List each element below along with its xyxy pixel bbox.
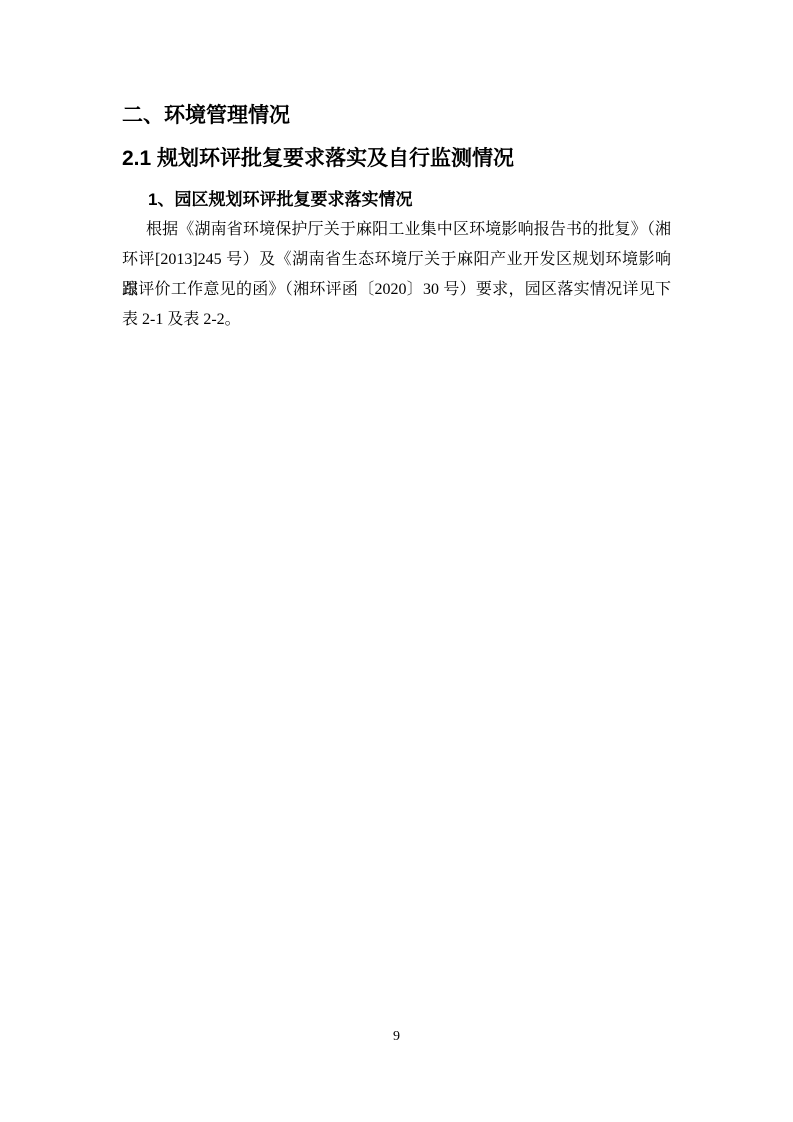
paragraph-line: 根据《湖南省环境保护厅关于麻阳工业集中区环境影响报告书的批复》（湘 xyxy=(122,215,671,245)
section-heading: 二、环境管理情况 xyxy=(122,102,671,129)
subsection-heading: 2.1 规划环评批复要求落实及自行监测情况 xyxy=(122,145,671,172)
body-paragraph: 根据《湖南省环境保护厅关于麻阳工业集中区环境影响报告书的批复》（湘 环评[201… xyxy=(122,215,671,335)
paragraph-line: 踪评价工作意见的函》（湘环评函〔2020〕30 号）要求，园区落实情况详见下 xyxy=(122,275,671,305)
document-page: 二、环境管理情况 2.1 规划环评批复要求落实及自行监测情况 1、园区规划环评批… xyxy=(0,0,793,1122)
page-content: 二、环境管理情况 2.1 规划环评批复要求落实及自行监测情况 1、园区规划环评批… xyxy=(122,0,671,335)
paragraph-line: 环评[2013]245 号）及《湖南省生态环境厅关于麻阳产业开发区规划环境影响跟 xyxy=(122,245,671,275)
page-number: 9 xyxy=(0,1029,793,1045)
paragraph-line: 表 2-1 及表 2-2。 xyxy=(122,305,671,335)
item-heading: 1、园区规划环评批复要求落实情况 xyxy=(122,189,671,211)
